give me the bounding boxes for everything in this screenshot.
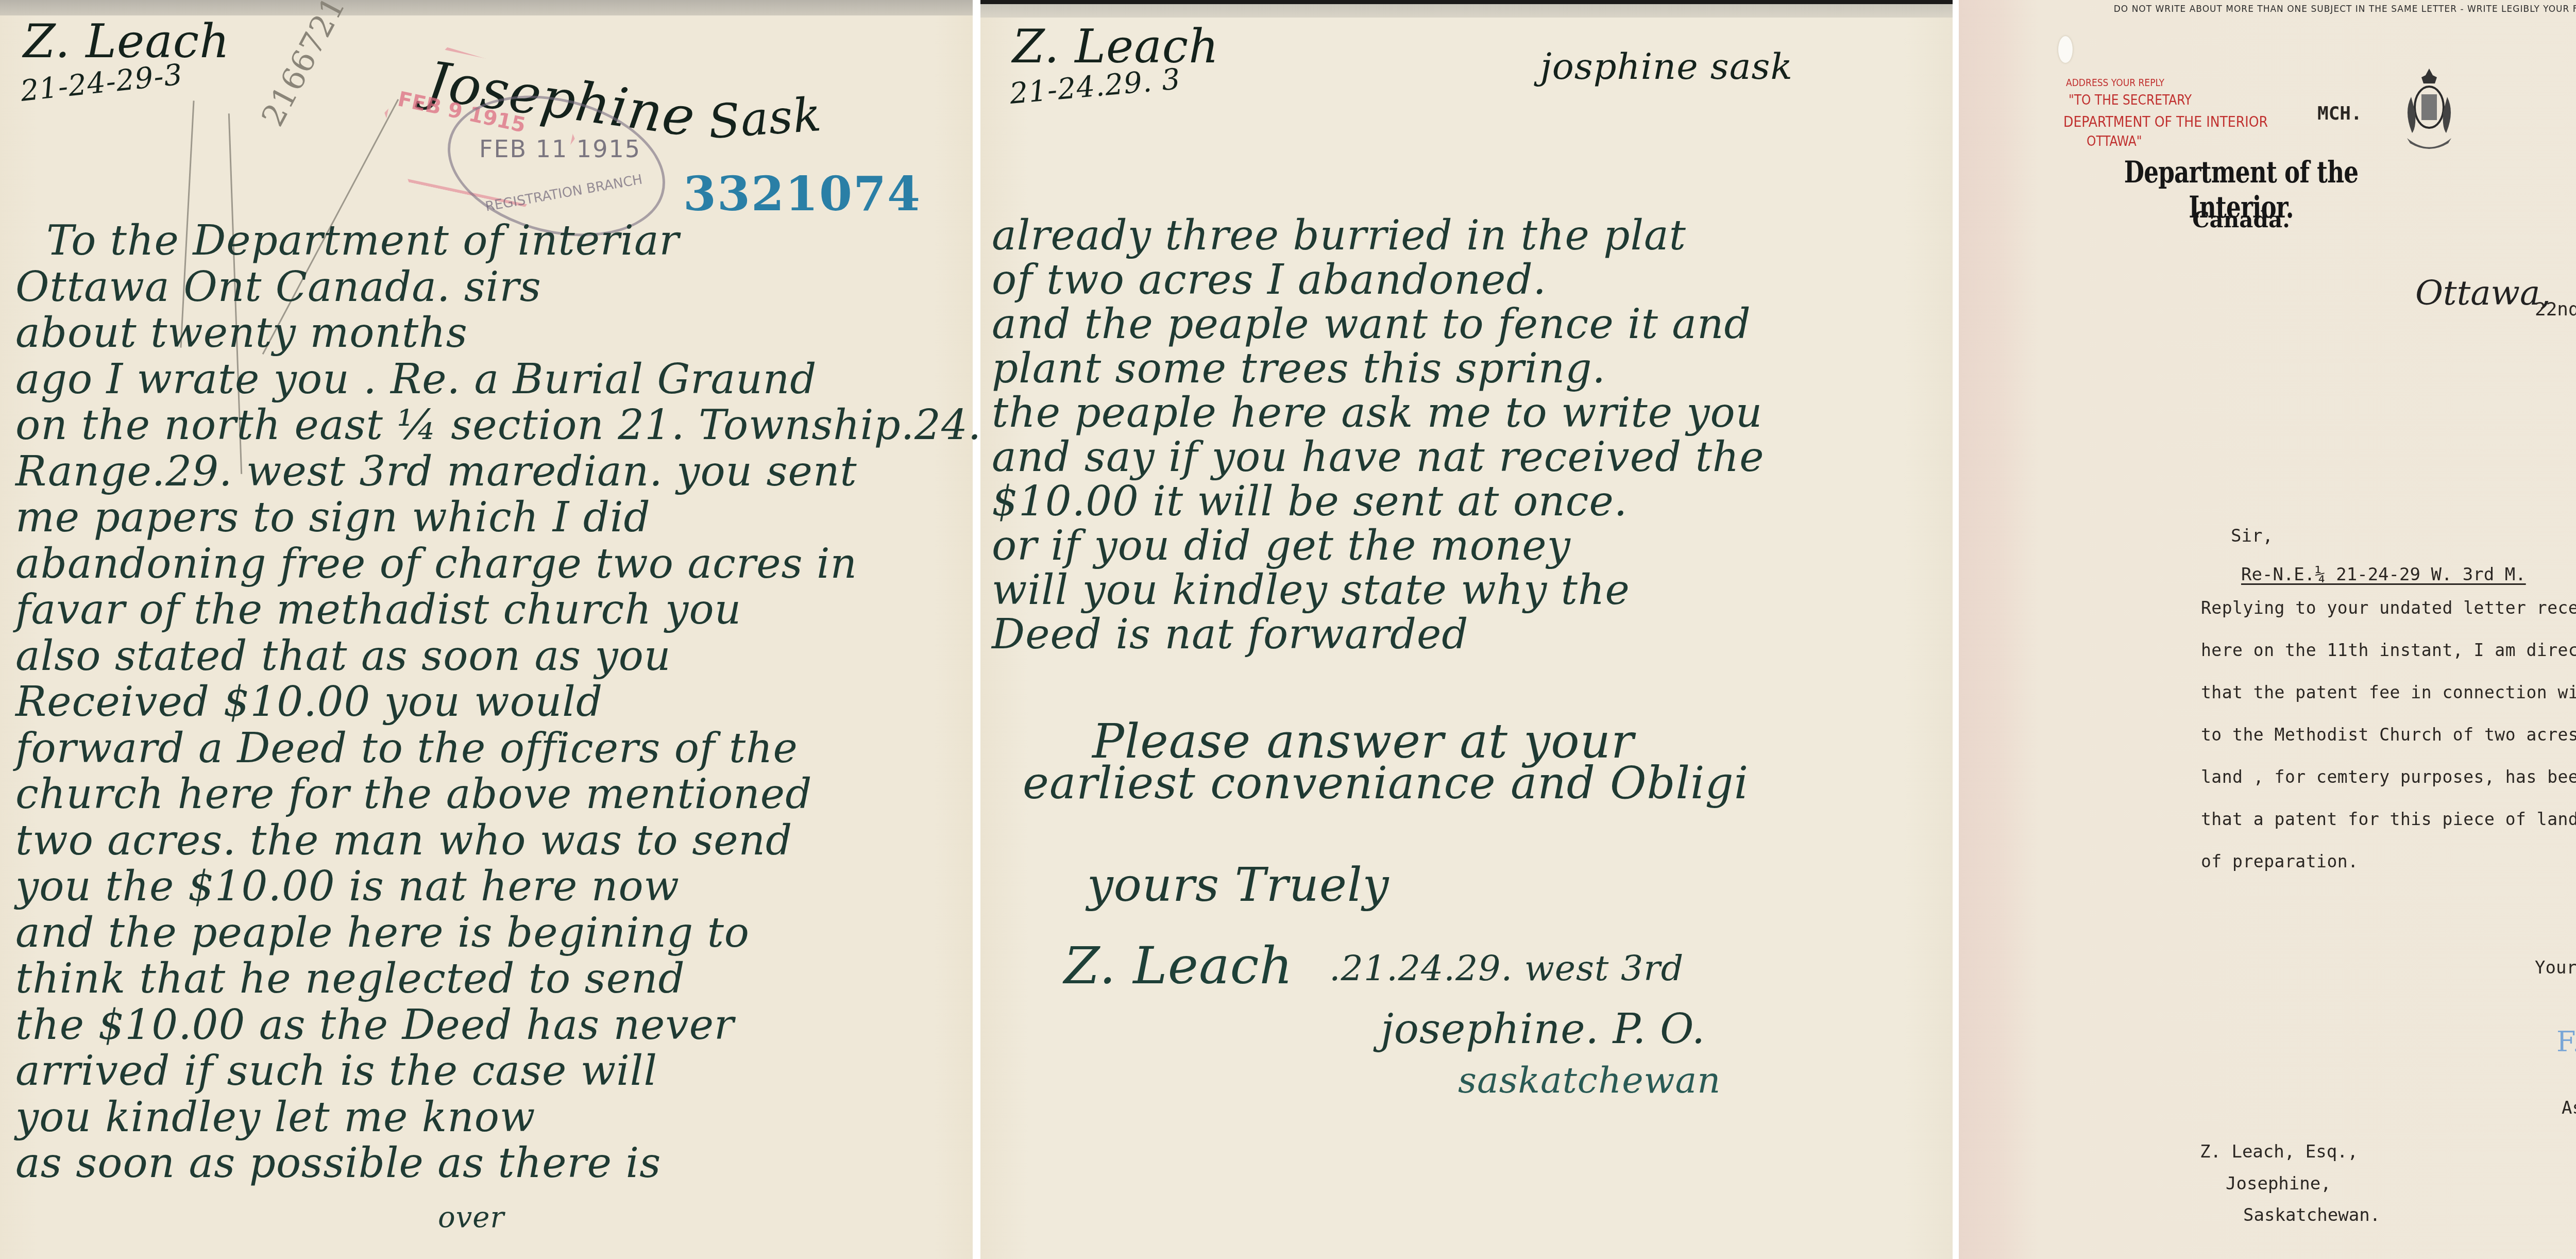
handwritten-line: forward a Deed to the officers of the bbox=[15, 724, 798, 772]
handwritten-line: you the $10.00 is nat here now bbox=[15, 862, 680, 910]
recipient-province: Saskatchewan. bbox=[2243, 1205, 2380, 1226]
handwritten-line: about twenty months bbox=[15, 309, 468, 357]
sender-name: Z. Leach bbox=[1012, 20, 1219, 74]
handwritten-line: Deed is nat forwarded bbox=[992, 610, 1469, 658]
signature-address-1: .21.24.29. west 3rd bbox=[1329, 948, 1684, 989]
place-script: Ottawa, bbox=[2415, 273, 2551, 313]
handwritten-line: as soon as possible as there is bbox=[15, 1139, 661, 1187]
royal-crest-icon bbox=[2401, 66, 2458, 156]
typed-line: to the Methodist Church of two acres of … bbox=[2201, 725, 2576, 745]
handwritten-line: Received $10.00 you would bbox=[15, 678, 603, 726]
handwritten-line: the $10.00 as the Deed has never bbox=[15, 1001, 734, 1049]
punch-hole bbox=[2058, 36, 2073, 63]
handwritten-line: arrived if such is the case will bbox=[15, 1047, 657, 1095]
salutation: Sir, bbox=[2231, 526, 2273, 546]
typed-line: here on the 11th instant, I am directed … bbox=[2201, 640, 2576, 660]
scan-edge bbox=[0, 0, 973, 15]
handwritten-line: think that he neglected to send bbox=[15, 954, 685, 1002]
handwritten-line: already three burried in the plat bbox=[992, 211, 1686, 259]
handwritten-line: Ottawa Ont Canada. sirs bbox=[15, 263, 541, 311]
address-reply-line-2: "TO THE SECRETARY bbox=[2069, 93, 2192, 108]
signoff: yours Truely bbox=[1087, 858, 1389, 912]
handwritten-line: ago I wrate you . Re. a Burial Graund bbox=[15, 355, 817, 403]
handwritten-line: abandoning free of charge two acres in bbox=[15, 540, 857, 587]
handwritten-line: church here for the above mentioned bbox=[15, 770, 812, 818]
over-note: over bbox=[438, 1201, 504, 1234]
handwritten-line: favar of the methadist church you bbox=[15, 585, 741, 633]
closing: Your obedient servant, bbox=[2535, 958, 2576, 978]
received-stamp-oval-date: FEB 11 1915 bbox=[479, 135, 641, 163]
handwritten-line: also stated that as soon as you bbox=[15, 632, 671, 680]
signature: Z. Leach bbox=[1064, 935, 1293, 996]
letter-date: 22nd February, 1915. bbox=[2535, 299, 2576, 320]
handwritten-line: and the peaple here is begining to bbox=[15, 909, 750, 956]
handwritten-line: two acres. the man who was to send bbox=[15, 816, 792, 864]
signature-address-2: josephine. P. O. bbox=[1381, 1005, 1705, 1053]
clerk-initials: MCH. bbox=[2317, 103, 2362, 124]
typed-line: of preparation. bbox=[2201, 851, 2359, 871]
recipient-town: Josephine, bbox=[2226, 1173, 2331, 1194]
handwritten-line: $10.00 it will be sent at once. bbox=[992, 477, 1628, 525]
handwritten-line: and the peaple want to fence it and bbox=[992, 300, 1751, 348]
typed-line: that a patent for this piece of land is … bbox=[2201, 809, 2576, 829]
handwritten-line: will you kindley state why the bbox=[992, 566, 1630, 614]
handwritten-line: me papers to sign which I did bbox=[15, 493, 651, 541]
handwritten-line: of two acres I abandoned. bbox=[992, 256, 1547, 304]
handwritten-line: or if you did get the money bbox=[992, 522, 1571, 569]
address-reply-line-1: ADDRESS YOUR REPLY bbox=[2066, 77, 2164, 89]
handwritten-line: the peaple here ask me to write you bbox=[992, 389, 1762, 437]
typed-line: that the patent fee in connection with t… bbox=[2201, 682, 2576, 702]
handwritten-line: plant some trees this spring. bbox=[992, 344, 1606, 392]
signature-stamp: F. NELSON bbox=[2556, 1026, 2576, 1058]
handwritten-line: To the Department of interiar bbox=[46, 216, 680, 264]
handwritten-line: Range.29. west 3rd maredian. you sent bbox=[15, 447, 857, 495]
registration-number-stamp: 3321074 bbox=[683, 166, 921, 222]
typed-line: Replying to your undated letter received bbox=[2201, 598, 2576, 618]
signer-title: Assistant Secretary. bbox=[2562, 1098, 2576, 1118]
scan-edge bbox=[980, 0, 1953, 18]
handwritten-line: and say if you have nat received the bbox=[992, 433, 1765, 481]
place-name: josphine sask bbox=[1540, 45, 1793, 88]
address-reply-line-4: OTTAWA" bbox=[2087, 134, 2142, 149]
letterhead-notice: DO NOT WRITE ABOUT MORE THAN ONE SUBJECT… bbox=[1990, 4, 2576, 14]
province-abbrev: Sask bbox=[706, 88, 823, 149]
handwritten-line: you kindley let me know bbox=[15, 1093, 535, 1141]
letterhead-subtitle: Canada. bbox=[2061, 207, 2421, 232]
subject-line: Re-N.E.¼ 21-24-29 W. 3rd M. bbox=[2241, 564, 2526, 585]
handwritten-line: on the north east ¼ section 21. Township… bbox=[15, 401, 981, 449]
signature-address-3: saskatchewan bbox=[1458, 1059, 1721, 1101]
address-reply-line-3: DEPARTMENT OF THE INTERIOR bbox=[2063, 113, 2268, 130]
sender-name: Z. Leach bbox=[23, 14, 230, 69]
typed-line: land , for cemtery purposes, has been re… bbox=[2201, 767, 2576, 787]
closing-line-2: earliest conveniance and Obligi bbox=[1023, 758, 1749, 809]
recipient-name: Z. Leach, Esq., bbox=[2200, 1142, 2358, 1162]
